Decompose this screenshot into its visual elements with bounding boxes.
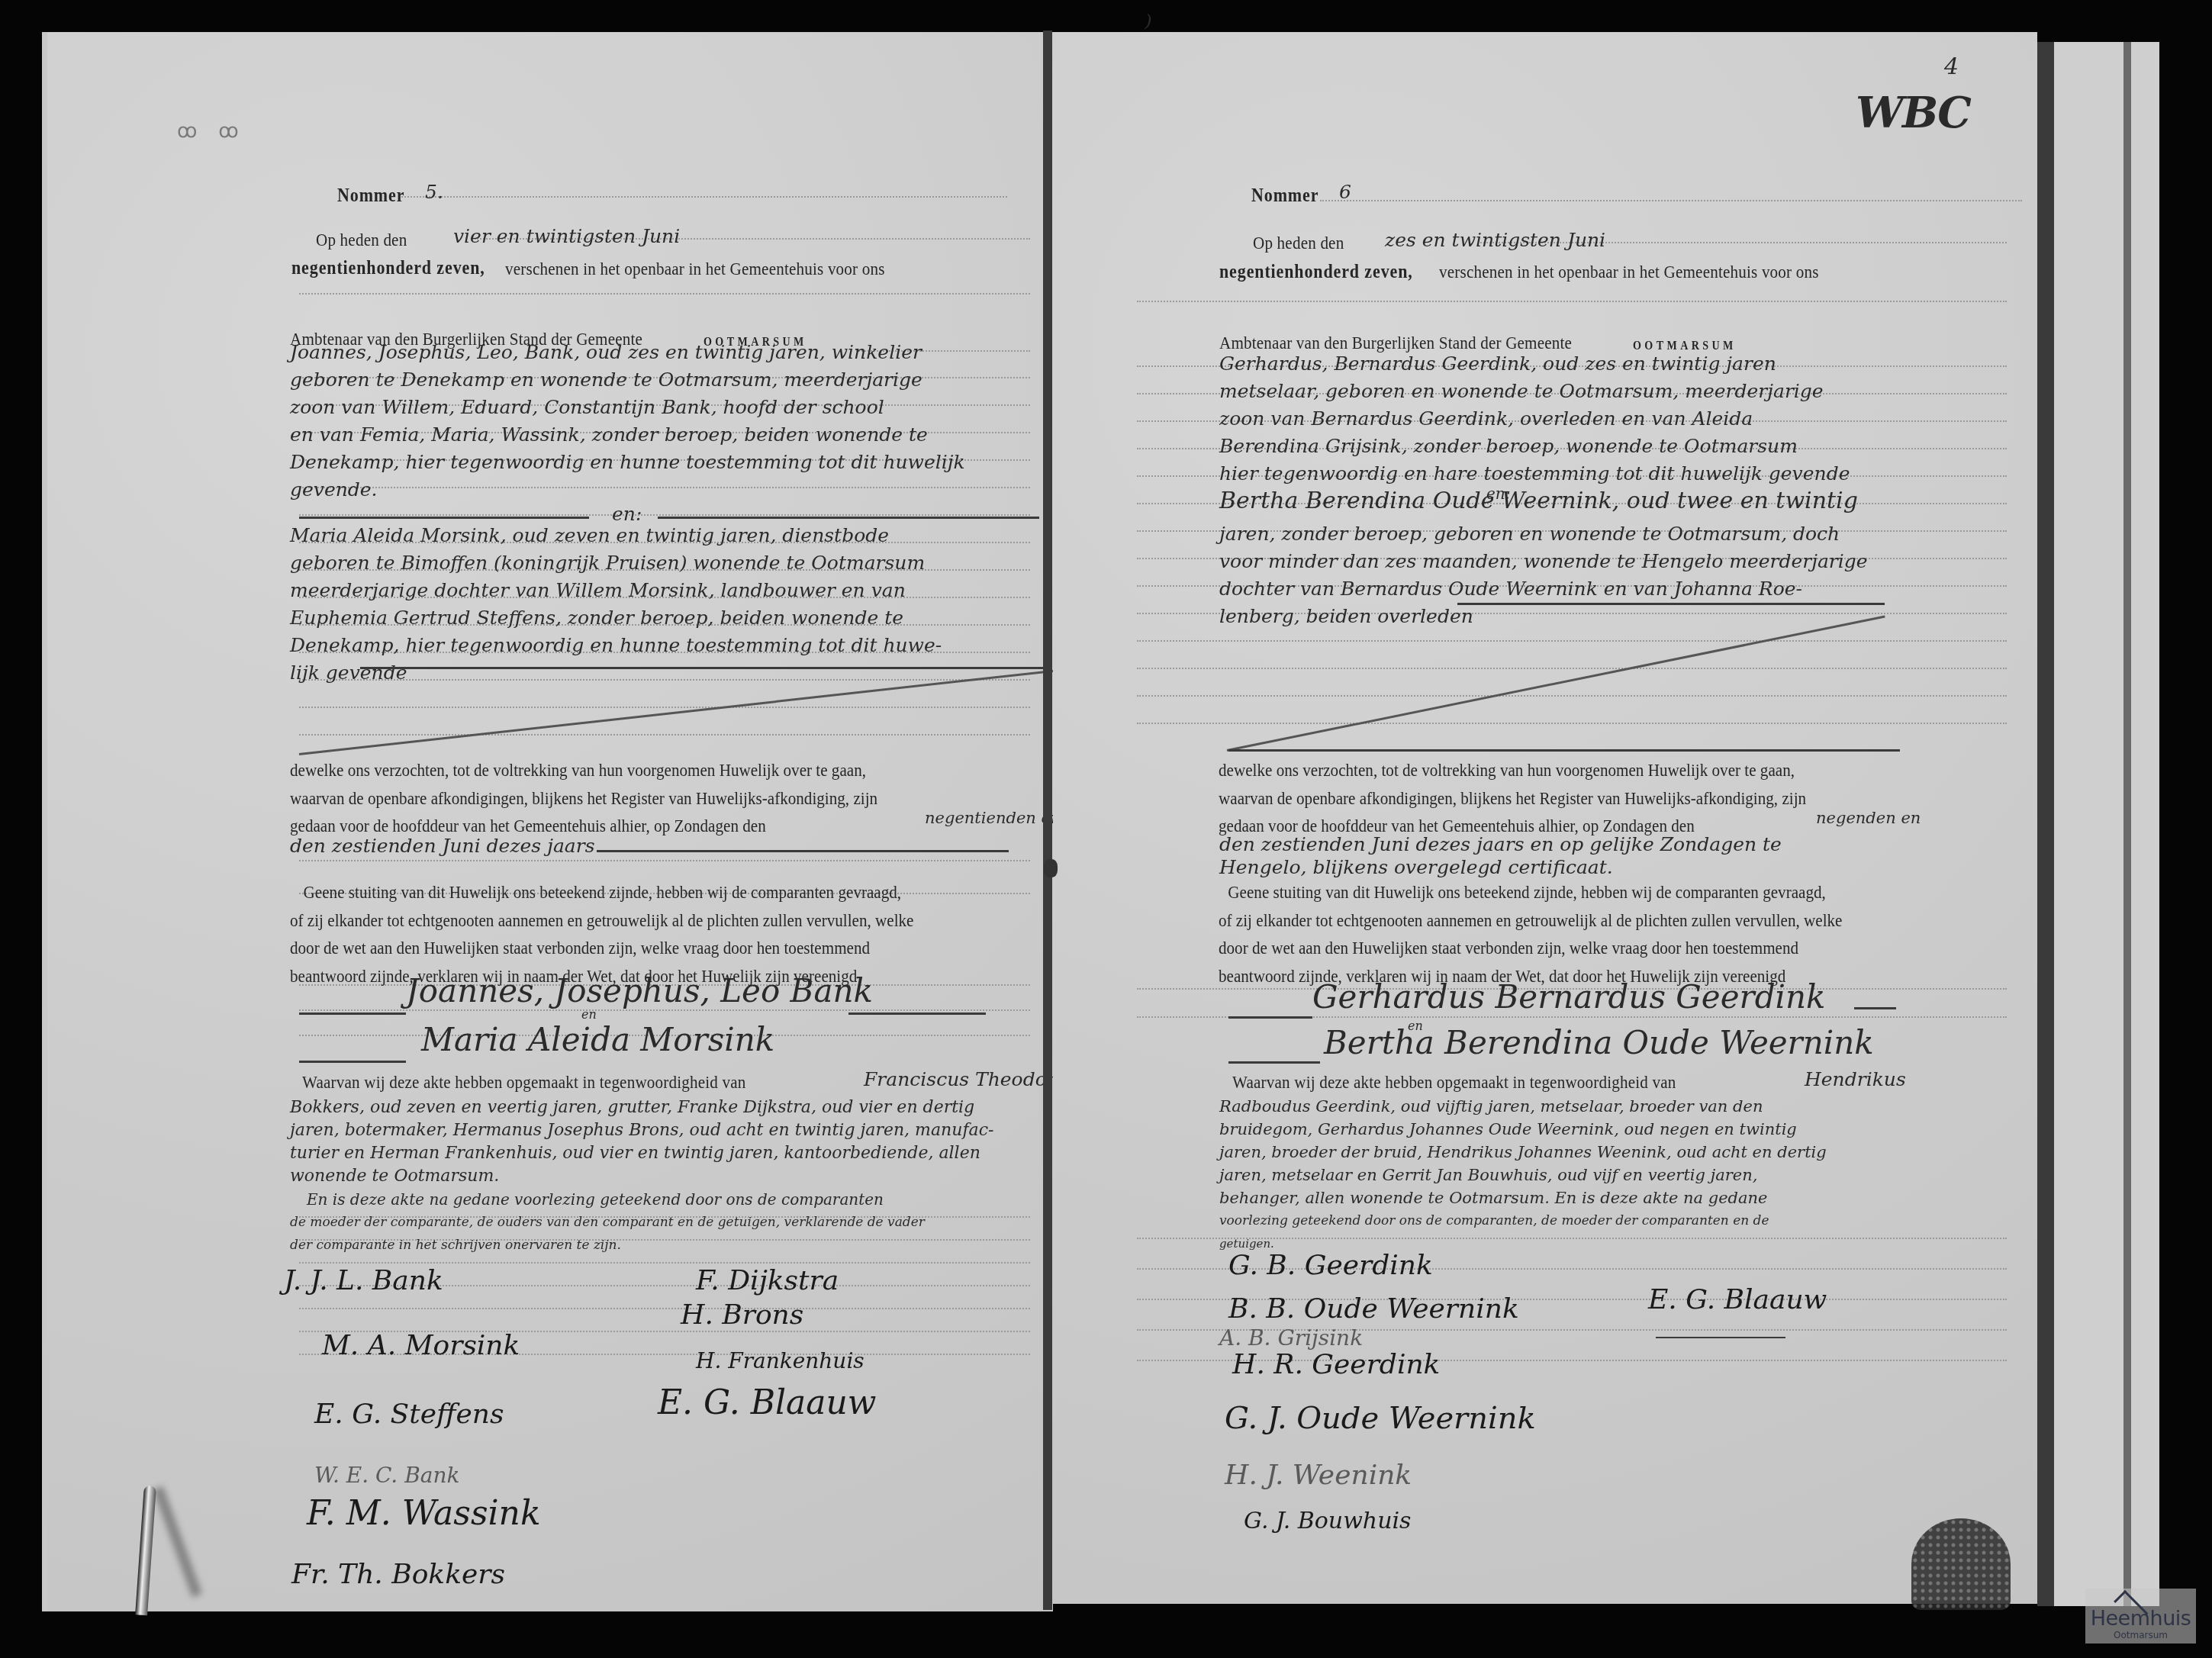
sundays-handwritten: den zestienden Juni dezes jaars en op ge… bbox=[1219, 833, 1782, 856]
fill-dash bbox=[1228, 1016, 1312, 1019]
sundays-handwritten: negentienden en bbox=[925, 806, 1061, 829]
witness-line: bruidegom, Gerhardus Johannes Oude Weern… bbox=[1219, 1118, 1797, 1141]
ruled-line bbox=[1137, 640, 2007, 642]
fill-dash bbox=[299, 1061, 406, 1063]
ruled-line bbox=[1320, 200, 2022, 201]
signature: E. G. Blaauw bbox=[658, 1386, 877, 1420]
ruled-line bbox=[299, 860, 1030, 861]
groom-line: Gerhardus, Bernardus Geerdink, oud zes e… bbox=[1219, 353, 1776, 375]
para-line: waarvan de openbare afkondigingen, blijk… bbox=[290, 785, 877, 813]
ruled-line bbox=[299, 1308, 1030, 1309]
fill-dash bbox=[360, 667, 1047, 669]
op-heden-label: Op heden den bbox=[1253, 232, 1344, 255]
witness-line: turier en Herman Frankenhuis, oud vier e… bbox=[290, 1142, 980, 1165]
witness-line: jaren, botermaker, Hermanus Josephus Bro… bbox=[290, 1119, 993, 1142]
para-line: Geene stuiting van dit Huwelijk ons bete… bbox=[290, 879, 913, 907]
watermark-name: Heemhuis bbox=[2085, 1608, 2196, 1630]
ruled-line bbox=[299, 487, 1030, 488]
signature: W. E. C. Bank bbox=[314, 1459, 459, 1492]
signature: H. Brons bbox=[681, 1299, 803, 1332]
signature: M. A. Morsink bbox=[322, 1329, 520, 1363]
ruled-line bbox=[299, 293, 1030, 295]
date-handwritten: zes en twintigsten Juni bbox=[1385, 229, 1605, 252]
fill-dash bbox=[1228, 749, 1900, 752]
closing-line: de moeder der comparante, de ouders van … bbox=[290, 1211, 925, 1234]
bride-line: dochter van Bernardus Oude Weernink en v… bbox=[1219, 578, 1802, 600]
year-line: negentienhonderd zeven, bbox=[1219, 261, 1413, 284]
groom-line: zoon van Bernardus Geerdink, overleden e… bbox=[1219, 407, 1753, 430]
signature: E. G. Steffens bbox=[314, 1398, 504, 1431]
record-number: 6 bbox=[1339, 181, 1351, 204]
groom-line: en van Femia, Maria, Wassink, zonder ber… bbox=[290, 423, 928, 446]
closing-line: En is deze akte na gedane voorlezing get… bbox=[307, 1188, 884, 1211]
sundays-handwritten: Hengelo, blijkens overgelegd certificaat… bbox=[1219, 856, 1613, 879]
book-cover-right-edge bbox=[2037, 42, 2159, 1606]
page-number: 4 bbox=[1944, 53, 1959, 80]
verschenen-text: verschenen in het openbaar in het Gemeen… bbox=[505, 258, 885, 281]
ink-mark: ⁾ bbox=[1145, 15, 1152, 38]
fill-dash bbox=[299, 517, 589, 519]
signature: H. R. Geerdink bbox=[1232, 1348, 1440, 1382]
groom-line: Denekamp, hier tegenwoordig en hunne toe… bbox=[290, 451, 965, 474]
verschenen-text: verschenen in het openbaar in het Gemeen… bbox=[1439, 261, 1819, 284]
para-line: of zij elkander tot echtgenooten aanneme… bbox=[1219, 907, 1842, 935]
ruled-line bbox=[299, 1262, 1030, 1264]
record-number: 5. bbox=[425, 181, 443, 204]
groom-line: metselaar, geboren en wonende te Ootmars… bbox=[1219, 380, 1824, 403]
ruled-line bbox=[299, 679, 1030, 681]
witness-line: behanger, allen wonende te Ootmarsum. En… bbox=[1219, 1186, 1768, 1209]
witness-line: jaren, metselaar en Gerrit Jan Bouwhuis,… bbox=[1219, 1164, 1757, 1186]
para-line: door de wet aan den Huwelijken staat ver… bbox=[1219, 935, 1842, 963]
ruled-line bbox=[299, 707, 1030, 708]
bride-line: jaren, zonder beroep, geboren en wonende… bbox=[1219, 523, 1840, 546]
signature: J. J. L. Bank bbox=[284, 1264, 443, 1298]
bride-line: lijk gevende bbox=[290, 662, 407, 684]
para-line: waarvan de openbare afkondigingen, blijk… bbox=[1219, 785, 1806, 813]
fill-dash bbox=[597, 850, 1009, 852]
bride-line: Bertha Berendina Oude Weernink, oud twee… bbox=[1219, 490, 1858, 513]
signature: H. J. Weenink bbox=[1225, 1459, 1412, 1492]
waarvan-text: Waarvan wij deze akte hebben opgemaakt i… bbox=[302, 1071, 746, 1094]
bride-line: geboren te Bimoffen (koningrijk Pruisen)… bbox=[290, 552, 925, 575]
united-bride-name: Maria Aleida Morsink bbox=[421, 1021, 774, 1059]
ambtenaar-text: Ambtenaar van den Burgerlijken Stand der… bbox=[1219, 332, 1572, 355]
heemhuis-watermark: Heemhuis Ootmarsum bbox=[2085, 1589, 2196, 1644]
nommer-label: Nommer bbox=[337, 185, 404, 208]
ink-stain: ꝏ ꝏ bbox=[177, 120, 291, 158]
date-handwritten: vier en twintigsten Juni bbox=[453, 225, 680, 248]
groom-line: hier tegenwoordig en hare toestemming to… bbox=[1219, 462, 1850, 485]
signature: F. Dijkstra bbox=[696, 1264, 839, 1298]
verzoek-paragraph: dewelke ons verzochten, tot de voltrekki… bbox=[1219, 757, 1886, 841]
left-page: ꝏ ꝏ Nommer 5. Op heden den vier en twint… bbox=[47, 32, 1053, 1611]
ruled-line bbox=[398, 196, 1007, 198]
waarvan-text: Waarvan wij deze akte hebben opgemaakt i… bbox=[1232, 1071, 1676, 1094]
op-heden-label: Op heden den bbox=[316, 229, 407, 252]
fill-dash bbox=[658, 517, 1039, 519]
ruled-line bbox=[1137, 723, 2007, 724]
witness-line-start: Hendrikus bbox=[1805, 1068, 1906, 1091]
cancel-stroke bbox=[1227, 616, 1885, 752]
nommer-label: Nommer bbox=[1251, 185, 1319, 208]
para-line: door de wet aan den Huwelijken staat ver… bbox=[290, 935, 913, 963]
witness-line: wonende te Ootmarsum. bbox=[290, 1165, 499, 1188]
groom-line: Joannes, Josephus, Leo, Bank, oud zes en… bbox=[290, 341, 922, 364]
groom-line: zoon van Willem, Eduard, Constantijn Ban… bbox=[290, 396, 884, 419]
sundays-handwritten: negenden en bbox=[1816, 806, 1921, 829]
right-page: ⁾ Nommer 6 Op heden den zes en twintigst… bbox=[1053, 32, 2037, 1604]
verzoek-paragraph: dewelke ons verzochten, tot de voltrekki… bbox=[290, 757, 958, 841]
book-binding bbox=[1043, 31, 1052, 1610]
ruled-line bbox=[299, 734, 1030, 736]
bride-line: Denekamp, hier tegenwoordig en hunne toe… bbox=[290, 634, 942, 657]
signature: E. G. Blaauw bbox=[1648, 1283, 1827, 1317]
groom-line: geboren te Denekamp en wonende te Ootmar… bbox=[290, 369, 922, 391]
bride-line: lenberg, beiden overleden bbox=[1219, 605, 1473, 628]
thumb-artifact bbox=[1911, 1518, 2011, 1610]
signature: G. J. Oude Weernink bbox=[1225, 1402, 1536, 1435]
para-line: dewelke ons verzochten, tot de voltrekki… bbox=[1219, 757, 1806, 785]
signature: Fr. Th. Bokkers bbox=[291, 1558, 505, 1592]
groom-line: gevende. bbox=[290, 478, 378, 501]
fill-dash bbox=[1854, 1007, 1896, 1009]
fill-dash bbox=[1228, 1061, 1320, 1064]
ruled-line bbox=[1137, 301, 2007, 302]
wbc-stamp: WBC bbox=[1856, 88, 1970, 138]
signature: G. B. Geerdink bbox=[1228, 1249, 1433, 1283]
cancel-stroke bbox=[299, 668, 1065, 755]
united-groom-name: Gerhardus Bernardus Geerdink bbox=[1312, 978, 1825, 1016]
signature: F. M. Wassink bbox=[307, 1497, 541, 1531]
witness-line: Radboudus Geerdink, oud vijftig jaren, m… bbox=[1219, 1095, 1763, 1118]
para-line: Geene stuiting van dit Huwelijk ons bete… bbox=[1219, 879, 1842, 907]
closing-line: der comparante in het schrijven onervare… bbox=[290, 1234, 621, 1257]
en-label: en: bbox=[612, 503, 642, 526]
witness-line: jaren, broeder der bruid, Hendrikus Joha… bbox=[1219, 1141, 1827, 1164]
signature: G. J. Bouwhuis bbox=[1244, 1505, 1411, 1538]
para-line: of zij elkander tot echtgenooten aanneme… bbox=[290, 907, 913, 935]
sundays-handwritten: den zestienden Juni dezes jaars bbox=[290, 835, 594, 858]
ruled-line bbox=[299, 514, 1030, 516]
year-line: negentienhonderd zeven, bbox=[291, 257, 485, 280]
united-groom-name: Joannes, Josephus, Leo Bank bbox=[406, 972, 873, 1010]
bride-line: voor minder dan zes maanden, wonende te … bbox=[1219, 550, 1868, 573]
ruled-line bbox=[1137, 668, 2007, 669]
watermark-sub: Ootmarsum bbox=[2085, 1630, 2196, 1640]
fill-dash bbox=[299, 1013, 406, 1015]
united-bride-name: Bertha Berendina Oude Weernink bbox=[1324, 1024, 1874, 1062]
witness-line: Bokkers, oud zeven en veertig jaren, gru… bbox=[290, 1096, 974, 1119]
fill-dash bbox=[848, 1013, 986, 1015]
para-line: dewelke ons verzochten, tot de voltrekki… bbox=[290, 757, 877, 785]
signature: H. Frankenhuis bbox=[696, 1344, 865, 1378]
bride-line: Euphemia Gertrud Steffens, zonder beroep… bbox=[290, 607, 903, 629]
bride-line: meerderjarige dochter van Willem Morsink… bbox=[290, 579, 906, 602]
bride-line: Maria Aleida Morsink, oud zeven en twint… bbox=[290, 524, 889, 547]
groom-line: Berendina Grijsink, zonder beroep, wonen… bbox=[1219, 435, 1798, 458]
ruled-line bbox=[1137, 695, 2007, 697]
stuiting-paragraph: Geene stuiting van dit Huwelijk ons bete… bbox=[1219, 879, 1927, 990]
binding-hole bbox=[1044, 859, 1058, 877]
witness-line: voorlezing geteekend door ons de compara… bbox=[1219, 1209, 1769, 1232]
signature-flourish bbox=[1656, 1337, 1785, 1338]
fill-dash bbox=[1457, 603, 1885, 605]
